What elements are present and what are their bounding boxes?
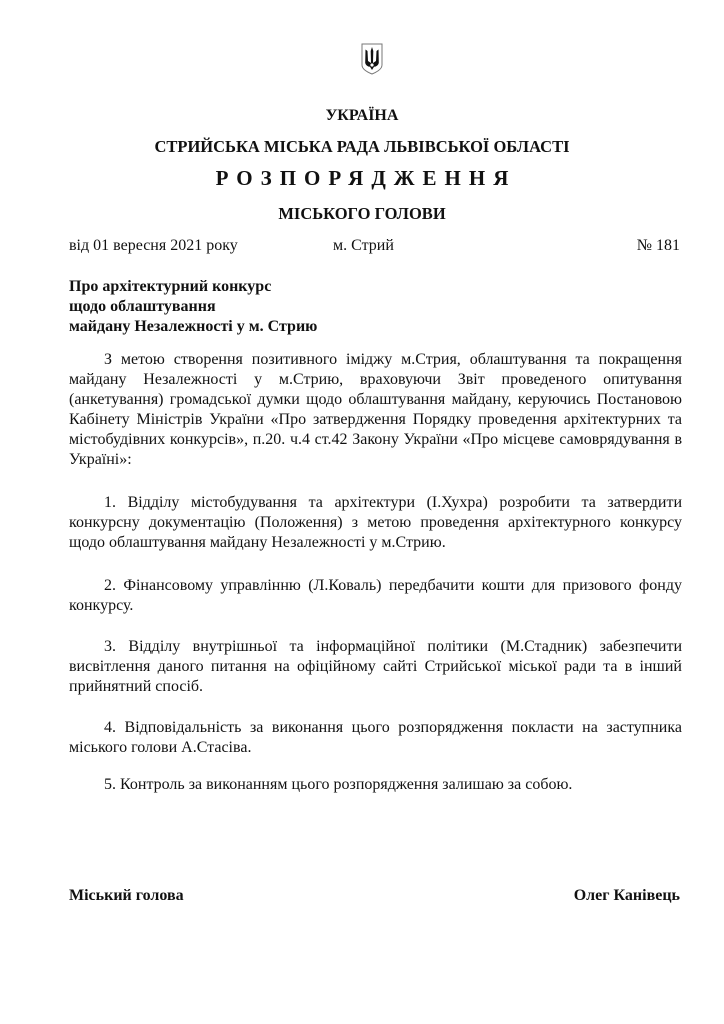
document-city: м. Стрий	[333, 237, 394, 255]
document-page: УКРАЇНА СТРИЙСЬКА МІСЬКА РАДА ЛЬВІВСЬКОЇ…	[0, 0, 724, 1024]
order-item-2: 2. Фінансовому управлінню (Л.Коваль) пер…	[69, 576, 682, 616]
subject-line: майдану Незалежності у м. Стрию	[69, 317, 317, 337]
intro-paragraph: З метою створення позитивного іміджу м.С…	[69, 350, 682, 470]
signatory-name: Олег Канівець	[574, 887, 680, 905]
issuer-heading: МІСЬКОГО ГОЛОВИ	[0, 204, 724, 224]
council-heading: СТРИЙСЬКА МІСЬКА РАДА ЛЬВІВСЬКОЇ ОБЛАСТІ	[0, 137, 724, 157]
trident-coat-of-arms-icon	[361, 43, 383, 75]
document-subject: Про архітектурний конкурс щодо облаштува…	[69, 277, 317, 337]
order-item-3: 3. Відділу внутрішньої та інформаційної …	[69, 637, 682, 697]
order-item-1: 1. Відділу містобудування та архітектури…	[69, 493, 682, 553]
subject-line: щодо облаштування	[69, 297, 317, 317]
order-item-5: 5. Контроль за виконанням цього розпоряд…	[69, 775, 682, 795]
document-date: від 01 вересня 2021 року	[69, 237, 238, 255]
country-heading: УКРАЇНА	[0, 107, 724, 125]
signatory-title: Міський голова	[69, 887, 184, 905]
document-number: № 181	[637, 237, 680, 255]
order-item-4: 4. Відповідальність за виконання цього р…	[69, 718, 682, 758]
document-type-heading: РОЗПОРЯДЖЕННЯ	[0, 166, 724, 191]
subject-line: Про архітектурний конкурс	[69, 277, 317, 297]
